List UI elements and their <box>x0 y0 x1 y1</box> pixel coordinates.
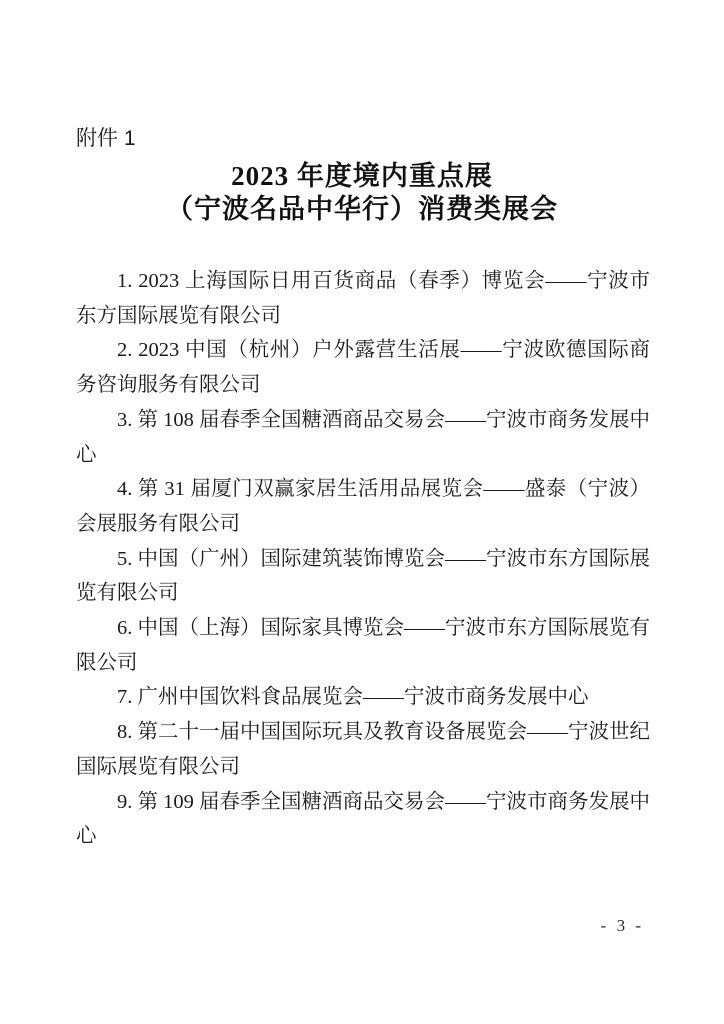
list-item: 8. 第二十一届中国国际玩具及教育设备展览会——宁波世纪国际展览有限公司 <box>76 715 650 784</box>
document-title-line1: 2023 年度境内重点展 <box>76 160 648 193</box>
list-item: 9. 第 109 届春季全国糖酒商品交易会——宁波市商务发展中心 <box>76 785 650 854</box>
list-item: 2. 2023 中国（杭州）户外露营生活展——宁波欧德国际商务咨询服务有限公司 <box>76 333 650 402</box>
list-item: 3. 第 108 届春季全国糖酒商品交易会——宁波市商务发展中心 <box>76 403 650 472</box>
attachment-label: 附件 1 <box>76 127 136 151</box>
list-item: 4. 第 31 届厦门双赢家居生活用品展览会——盛泰（宁波）会展服务有限公司 <box>76 472 650 541</box>
document-page: 附件 1 2023 年度境内重点展 （宁波名品中华行）消费类展会 1. 2023… <box>0 0 724 1024</box>
document-title: 2023 年度境内重点展 （宁波名品中华行）消费类展会 <box>76 160 648 226</box>
exhibition-list: 1. 2023 上海国际日用百货商品（春季）博览会——宁波市东方国际展览有限公司… <box>76 264 650 854</box>
list-item: 1. 2023 上海国际日用百货商品（春季）博览会——宁波市东方国际展览有限公司 <box>76 264 650 333</box>
document-title-line2: （宁波名品中华行）消费类展会 <box>76 193 648 226</box>
list-item: 6. 中国（上海）国际家具博览会——宁波市东方国际展览有限公司 <box>76 611 650 680</box>
list-item: 7. 广州中国饮料食品展览会——宁波市商务发展中心 <box>76 680 650 715</box>
list-item: 5. 中国（广州）国际建筑装饰博览会——宁波市东方国际展览有限公司 <box>76 542 650 611</box>
page-number: - 3 - <box>601 914 644 938</box>
